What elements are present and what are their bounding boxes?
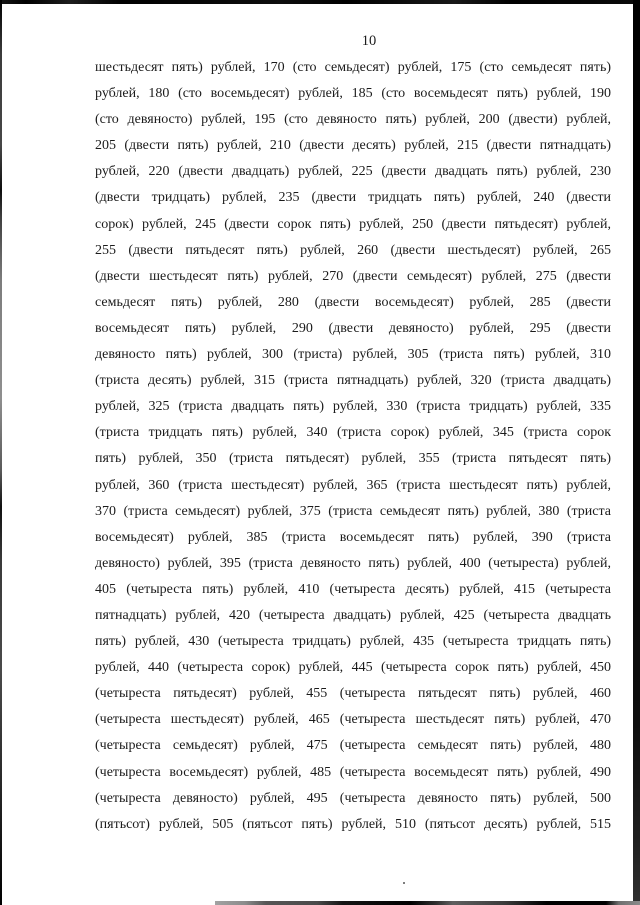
text-line: семьдесят пять) рублей, 280 (двести восе… — [95, 290, 611, 316]
text-line: (четыреста девяносто) рублей, 495 (четыр… — [95, 786, 611, 812]
scan-edge-top — [0, 0, 640, 4]
text-line: рублей, 220 (двести двадцать) рублей, 22… — [95, 159, 611, 185]
text-line: рублей, 360 (триста шестьдесят) рублей, … — [95, 473, 611, 499]
text-line: (двести тридцать) рублей, 235 (двести тр… — [95, 185, 611, 211]
text-line: сорок) рублей, 245 (двести сорок пять) р… — [95, 212, 611, 238]
text-line: (двести шестьдесят пять) рублей, 270 (дв… — [95, 264, 611, 290]
text-line: восемьдесят) рублей, 385 (триста восемьд… — [95, 525, 611, 551]
text-line: (четыреста восемьдесят) рублей, 485 (чет… — [95, 760, 611, 786]
text-line: 205 (двести пять) рублей, 210 (двести де… — [95, 133, 611, 159]
text-line: 370 (триста семьдесят) рублей, 375 (трис… — [95, 499, 611, 525]
text-line: (четыреста шестьдесят) рублей, 465 (четы… — [95, 707, 611, 733]
text-line: шестьдесят пять) рублей, 170 (сто семьде… — [95, 55, 611, 81]
body-text: шестьдесят пять) рублей, 170 (сто семьде… — [95, 55, 611, 838]
text-line: (четыреста пятьдесят) рублей, 455 (четыр… — [95, 681, 611, 707]
text-line: пять) рублей, 430 (четыреста тридцать) р… — [95, 629, 611, 655]
scanned-document-page: 10 шестьдесят пять) рублей, 170 (сто сем… — [0, 0, 640, 905]
text-line: пять) рублей, 350 (триста пятьдесят) руб… — [95, 446, 611, 472]
text-line: (триста тридцать пять) рублей, 340 (трис… — [95, 420, 611, 446]
text-line: девяносто пять) рублей, 300 (триста) руб… — [95, 342, 611, 368]
text-line: девяносто) рублей, 395 (триста девяносто… — [95, 551, 611, 577]
text-line: 255 (двести пятьдесят пять) рублей, 260 … — [95, 238, 611, 264]
text-line: рублей, 180 (сто восемьдесят) рублей, 18… — [95, 81, 611, 107]
page-number: 10 — [95, 33, 611, 50]
text-line: (пятьсот) рублей, 505 (пятьсот пять) руб… — [95, 812, 611, 838]
text-line: (триста десять) рублей, 315 (триста пятн… — [95, 368, 611, 394]
scan-edge-right — [633, 0, 640, 905]
text-line: рублей, 325 (триста двадцать пять) рубле… — [95, 394, 611, 420]
text-line: восемьдесят пять) рублей, 290 (двести де… — [95, 316, 611, 342]
scan-edge-bottom — [215, 901, 640, 905]
text-line: 405 (четыреста пять) рублей, 410 (четыре… — [95, 577, 611, 603]
scan-edge-left — [0, 0, 2, 905]
scan-speck — [403, 882, 405, 884]
text-line: рублей, 440 (четыреста сорок) рублей, 44… — [95, 655, 611, 681]
text-line: (сто девяносто) рублей, 195 (сто девянос… — [95, 107, 611, 133]
text-line: пятнадцать) рублей, 420 (четыреста двадц… — [95, 603, 611, 629]
text-line: (четыреста семьдесят) рублей, 475 (четыр… — [95, 733, 611, 759]
